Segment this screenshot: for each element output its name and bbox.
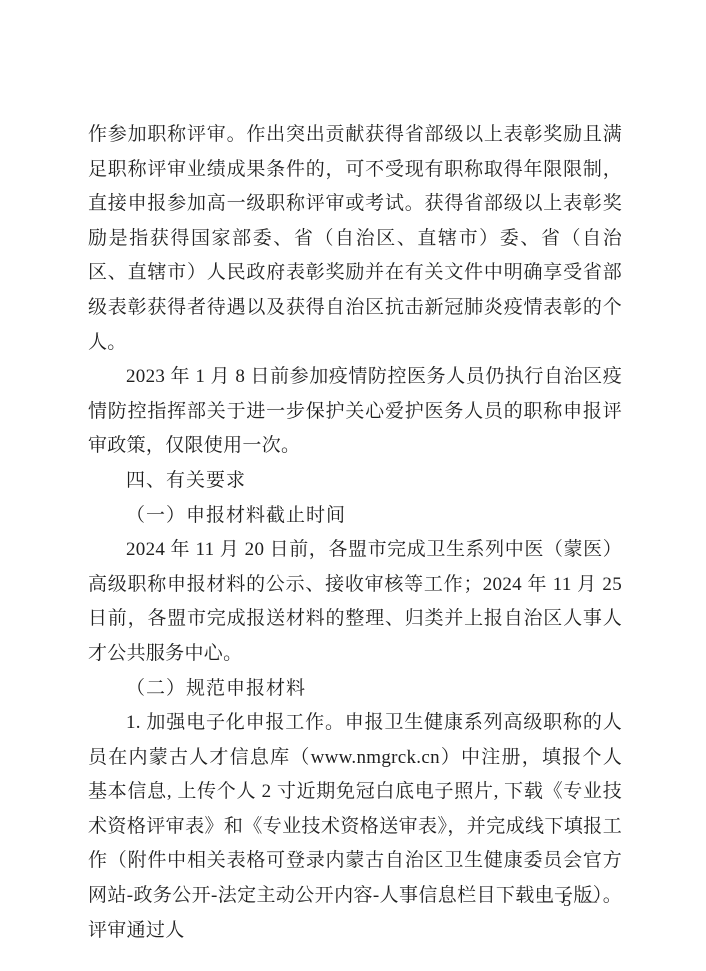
- paragraph-continuation: 作参加职称评审。作出突出贡献获得省部级以上表彰奖励且满足职称评审业绩成果条件的，…: [88, 118, 622, 360]
- paragraph-electronic-filing: 1. 加强电子化申报工作。申报卫生健康系列高级职称的人员在内蒙古人才信息库（ww…: [88, 706, 622, 948]
- section-heading-requirements: 四、有关要求: [88, 464, 622, 499]
- document-page: 作参加职称评审。作出突出贡献获得省部级以上表彰奖励且满足职称评审业绩成果条件的，…: [0, 0, 706, 971]
- paragraph-deadline-details: 2024 年 11 月 20 日前，各盟市完成卫生系列中医（蒙医）高级职称申报材…: [88, 533, 622, 671]
- paragraph-covid-policy: 2023 年 1 月 8 日前参加疫情防控医务人员仍执行自治区疫情防控指挥部关于…: [88, 360, 622, 464]
- subsection-heading-materials: （二）规范申报材料: [88, 672, 622, 707]
- document-body: 作参加职称评审。作出突出贡献获得省部级以上表彰奖励且满足职称评审业绩成果条件的，…: [88, 118, 622, 948]
- page-number: — 5 —: [537, 893, 600, 911]
- subsection-heading-deadline: （一）申报材料截止时间: [88, 499, 622, 534]
